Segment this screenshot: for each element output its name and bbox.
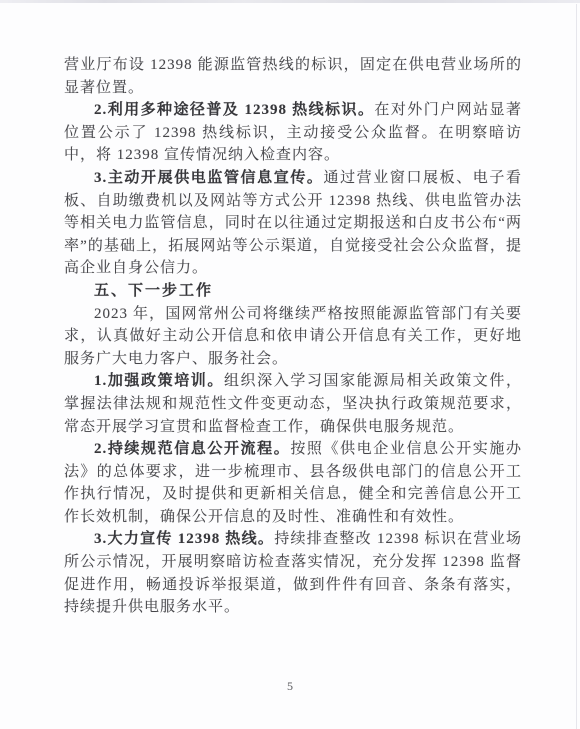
scan-artifact-top-edge	[0, 0, 580, 3]
paragraph-lead: 3.大力宣传 12398 热线。	[94, 531, 274, 547]
paragraph-lead: 1.加强政策培训。	[94, 373, 224, 389]
paragraph: 2023 年，国网常州公司将继续严格按照能源监管部门有关要求，认真做好主动公开信…	[64, 303, 522, 371]
paragraph: 1.加强政策培训。组织深入学习国家能源局相关政策文件，掌握法律法规和规范性文件变…	[64, 370, 522, 438]
paragraph-lead: 2.利用多种途径普及 12398 热线标识。	[94, 102, 374, 118]
paragraph: 2.持续规范信息公开流程。按照《供电企业信息公开实施办法》的总体要求，进一步梳理…	[64, 438, 522, 528]
paragraph: 3.大力宣传 12398 热线。持续排查整改 12398 标识在营业场所公示情况…	[64, 528, 522, 618]
section-heading: 五、下一步工作	[64, 280, 522, 303]
paragraph: 2.利用多种途径普及 12398 热线标识。在对外门户网站显著位置公示了 123…	[64, 99, 522, 167]
paragraph-lead: 2.持续规范信息公开流程。	[94, 441, 290, 457]
paragraph-lead: 3.主动开展供电监管信息宣传。	[94, 170, 324, 186]
section-heading-text: 五、下一步工作	[94, 283, 213, 299]
paragraph-text: 营业厅布设 12398 能源监管热线的标识，固定在供电营业场所的显著位置。	[64, 57, 522, 96]
document-page: 营业厅布设 12398 能源监管热线的标识，固定在供电营业场所的显著位置。 2.…	[0, 0, 580, 729]
paragraph: 营业厅布设 12398 能源监管热线的标识，固定在供电营业场所的显著位置。	[64, 54, 522, 99]
page-number: 5	[0, 679, 580, 694]
paragraph-text: 2023 年，国网常州公司将继续严格按照能源监管部门有关要求，认真做好主动公开信…	[64, 306, 522, 367]
paragraph: 3.主动开展供电监管信息宣传。通过营业窗口展板、电子看板、自助缴费机以及网站等方…	[64, 167, 522, 280]
document-content: 营业厅布设 12398 能源监管热线的标识，固定在供电营业场所的显著位置。 2.…	[64, 54, 522, 619]
scan-artifact-right-edge	[576, 4, 577, 729]
